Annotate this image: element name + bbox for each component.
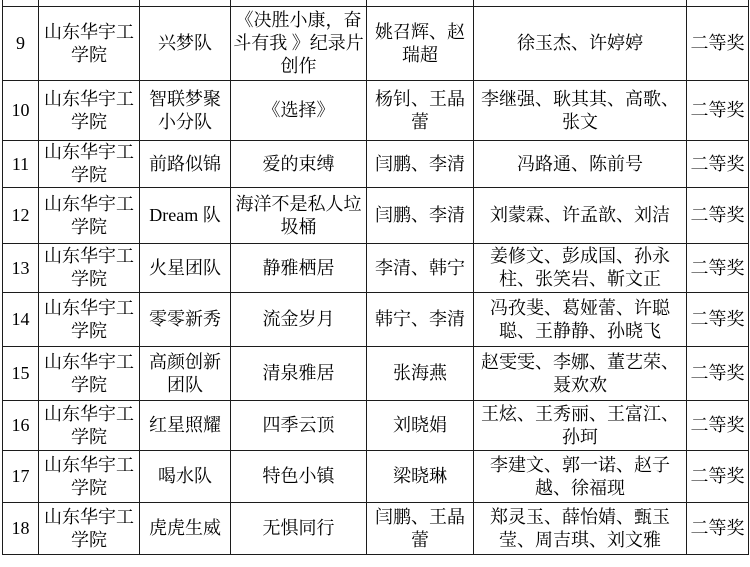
table-row: 11 山东华宇工学院 前路似锦 爱的束缚 闫鹏、李清 冯路通、陈前号 二等奖	[3, 141, 749, 188]
cell-school: 山东华宇工学院	[39, 244, 140, 293]
table-row: 16 山东华宇工学院 红星照耀 四季云顶 刘晓娟 王炫、王秀丽、王富江、孙珂 二…	[3, 401, 749, 451]
table-row: 10 山东华宇工学院 智联梦聚小分队 《选择》 杨钊、王晶蕾 李继强、耿其其、高…	[3, 81, 749, 141]
cell-instructors: 闫鹏、李清	[367, 188, 474, 244]
cell-instructors: 梁晓琳	[367, 451, 474, 503]
cell-members: 姜修文、彭成国、孙永柱、张笑岩、靳文正	[474, 244, 687, 293]
cell-school: 山东华宇工学院	[39, 81, 140, 141]
table-row: 17 山东华宇工学院 喝水队 特色小镇 梁晓琳 李建文、郭一诺、赵子越、徐福现 …	[3, 451, 749, 503]
cell-no: 9	[3, 7, 39, 81]
cell-award: 二等奖	[687, 503, 749, 555]
cell-work: 清泉雅居	[231, 347, 367, 401]
cell-no: 18	[3, 503, 39, 555]
cell-award: 二等奖	[687, 188, 749, 244]
table-row: 14 山东华宇工学院 零零新秀 流金岁月 韩宁、李清 冯孜斐、葛娅蕾、许聪聪、王…	[3, 293, 749, 347]
cell-no: 15	[3, 347, 39, 401]
cell-team: 高颜创新团队	[140, 347, 231, 401]
cell-award: 二等奖	[687, 7, 749, 81]
cell-no: 12	[3, 188, 39, 244]
cell-no: 14	[3, 293, 39, 347]
cell-award: 二等奖	[687, 451, 749, 503]
cell-members: 李建文、郭一诺、赵子越、徐福现	[474, 451, 687, 503]
cell-instructors: 姚召辉、赵瑞超	[367, 7, 474, 81]
cell-team: 喝水队	[140, 451, 231, 503]
table-row: 12 山东华宇工学院 Dream 队 海洋不是私人垃圾桶 闫鹏、李清 刘蒙霖、许…	[3, 188, 749, 244]
table-row: 15 山东华宇工学院 高颜创新团队 清泉雅居 张海燕 赵雯雯、李娜、董艺荣、聂欢…	[3, 347, 749, 401]
cell-work: 海洋不是私人垃圾桶	[231, 188, 367, 244]
cell-work: 《选择》	[231, 81, 367, 141]
cell-school: 山东华宇工学院	[39, 7, 140, 81]
cell-award: 二等奖	[687, 141, 749, 188]
cell-work: 爱的束缚	[231, 141, 367, 188]
cell-award: 二等奖	[687, 81, 749, 141]
cell-work: 《决胜小康，奋斗有我 》纪录片创作	[231, 7, 367, 81]
cell-work: 特色小镇	[231, 451, 367, 503]
table-row: 13 山东华宇工学院 火星团队 静雅栖居 李清、韩宁 姜修文、彭成国、孙永柱、张…	[3, 244, 749, 293]
awards-table: 9 山东华宇工学院 兴梦队 《决胜小康，奋斗有我 》纪录片创作 姚召辉、赵瑞超 …	[2, 0, 749, 555]
cell-work: 无惧同行	[231, 503, 367, 555]
cell-school: 山东华宇工学院	[39, 347, 140, 401]
cell-school: 山东华宇工学院	[39, 503, 140, 555]
table-row: 9 山东华宇工学院 兴梦队 《决胜小康，奋斗有我 》纪录片创作 姚召辉、赵瑞超 …	[3, 7, 749, 81]
cell-members: 刘蒙霖、许孟歆、刘洁	[474, 188, 687, 244]
cell-award: 二等奖	[687, 293, 749, 347]
cell-school: 山东华宇工学院	[39, 141, 140, 188]
cell-work: 四季云顶	[231, 401, 367, 451]
cell-members: 冯孜斐、葛娅蕾、许聪聪、王静静、孙晓飞	[474, 293, 687, 347]
cell-school: 山东华宇工学院	[39, 293, 140, 347]
cell-no: 11	[3, 141, 39, 188]
cell-instructors: 韩宁、李清	[367, 293, 474, 347]
cell-school: 山东华宇工学院	[39, 188, 140, 244]
cell-members: 王炫、王秀丽、王富江、孙珂	[474, 401, 687, 451]
cell-instructors: 闫鹏、王晶蕾	[367, 503, 474, 555]
cell-instructors: 刘晓娟	[367, 401, 474, 451]
cell-team: 虎虎生威	[140, 503, 231, 555]
cell-team: 红星照耀	[140, 401, 231, 451]
cell-work: 静雅栖居	[231, 244, 367, 293]
cell-school: 山东华宇工学院	[39, 401, 140, 451]
cell-members: 李继强、耿其其、高歌、张文	[474, 81, 687, 141]
cell-instructors: 闫鹏、李清	[367, 141, 474, 188]
cell-team: 兴梦队	[140, 7, 231, 81]
cell-award: 二等奖	[687, 347, 749, 401]
cell-team: 前路似锦	[140, 141, 231, 188]
cell-team: 火星团队	[140, 244, 231, 293]
cell-members: 冯路通、陈前号	[474, 141, 687, 188]
cell-team: 零零新秀	[140, 293, 231, 347]
cell-instructors: 李清、韩宁	[367, 244, 474, 293]
cell-instructors: 张海燕	[367, 347, 474, 401]
cell-no: 13	[3, 244, 39, 293]
cell-no: 16	[3, 401, 39, 451]
cell-no: 17	[3, 451, 39, 503]
cell-members: 郑灵玉、薛怡婧、甄玉莹、周吉琪、刘文雅	[474, 503, 687, 555]
cell-members: 徐玉杰、许婷婷	[474, 7, 687, 81]
cell-award: 二等奖	[687, 244, 749, 293]
document: 9 山东华宇工学院 兴梦队 《决胜小康，奋斗有我 》纪录片创作 姚召辉、赵瑞超 …	[0, 0, 750, 555]
table-row: 18 山东华宇工学院 虎虎生威 无惧同行 闫鹏、王晶蕾 郑灵玉、薛怡婧、甄玉莹、…	[3, 503, 749, 555]
cell-members: 赵雯雯、李娜、董艺荣、聂欢欢	[474, 347, 687, 401]
cell-award: 二等奖	[687, 401, 749, 451]
cell-team: 智联梦聚小分队	[140, 81, 231, 141]
cell-school: 山东华宇工学院	[39, 451, 140, 503]
cell-instructors: 杨钊、王晶蕾	[367, 81, 474, 141]
cell-no: 10	[3, 81, 39, 141]
cell-team: Dream 队	[140, 188, 231, 244]
cell-work: 流金岁月	[231, 293, 367, 347]
